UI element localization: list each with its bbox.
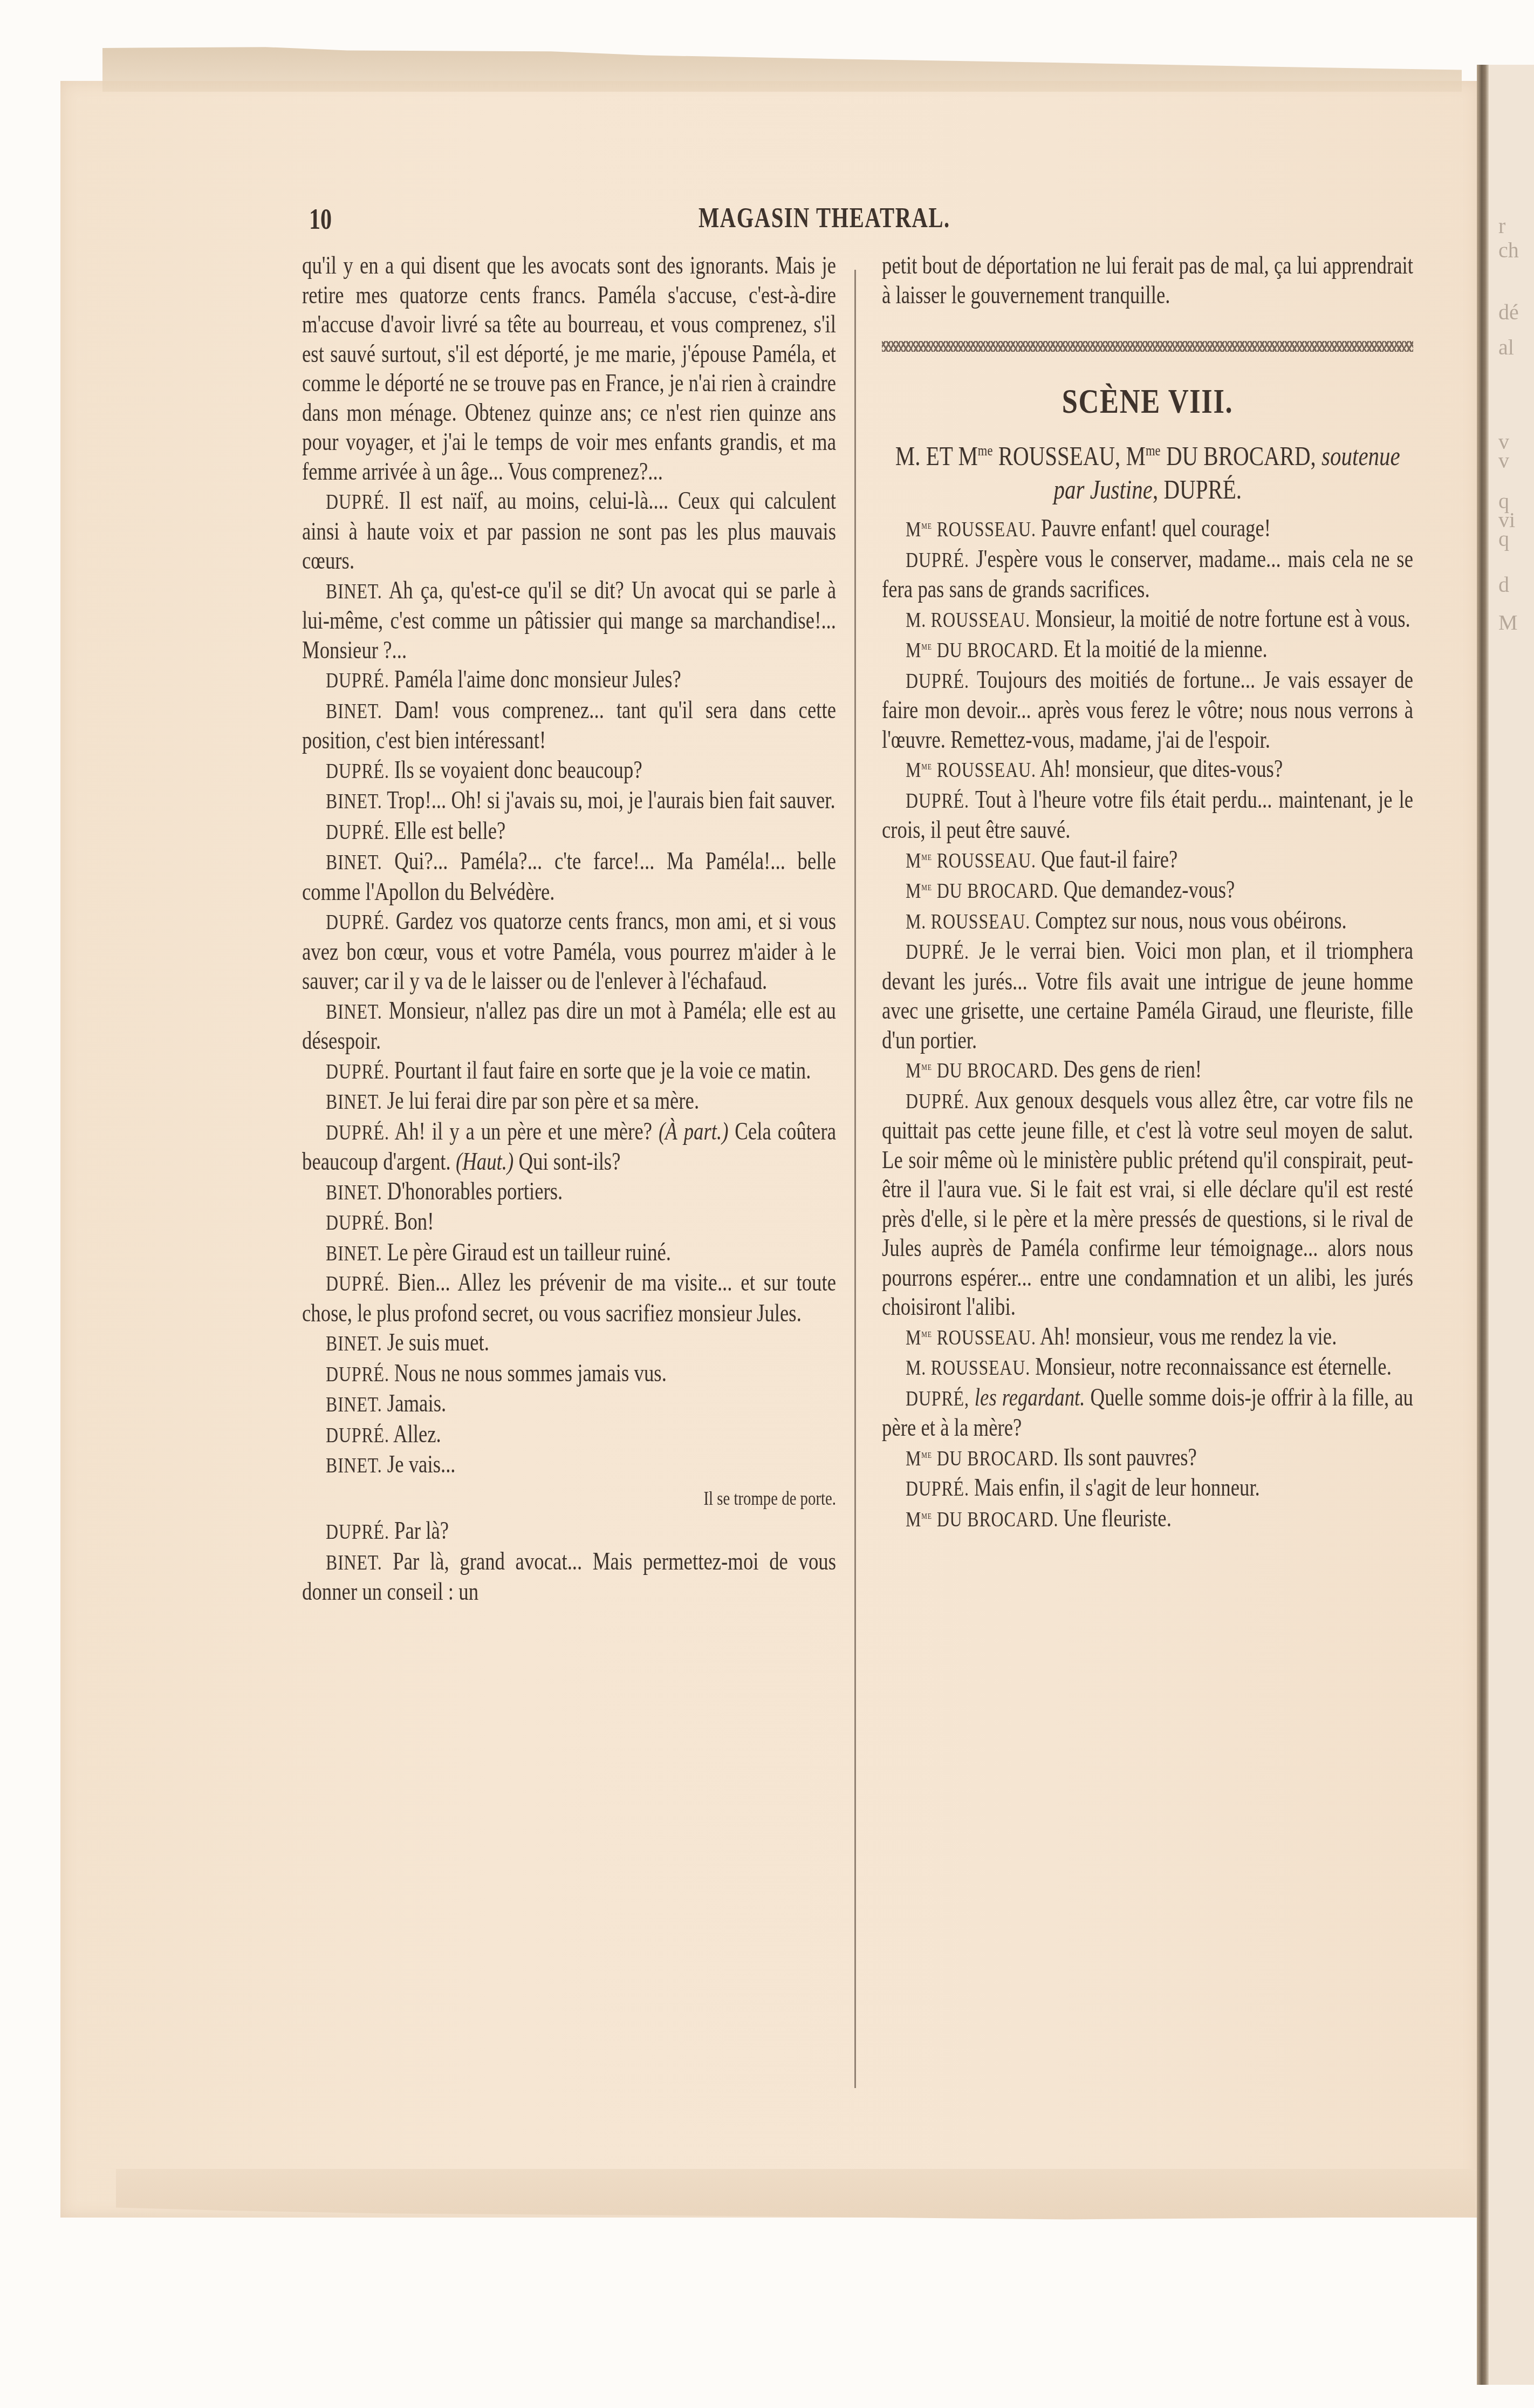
- speaker-name: BINET.: [326, 850, 382, 874]
- adjacent-page-strip: rchdéalvvqviqdM: [1489, 65, 1534, 2385]
- dialogue-line: DUPRÉ. Paméla l'aime donc monsieur Jules…: [302, 665, 836, 695]
- dialogue-line: Mme ROUSSEAU. Pauvre enfant! quel courag…: [882, 514, 1413, 544]
- continuation-paragraph: petit bout de déportation ne lui ferait …: [882, 251, 1413, 310]
- speaker-name: BINET.: [326, 579, 382, 603]
- dialogue-text: Pourtant il faut faire en sorte que je l…: [394, 1056, 811, 1084]
- dialogue-line: Mme ROUSSEAU. Ah! monsieur, que dites-vo…: [882, 754, 1413, 785]
- aside: (À part.): [659, 1117, 728, 1145]
- dialogue-text: Elle est belle?: [394, 817, 505, 844]
- speaker-name: DUPRÉ.: [906, 548, 969, 572]
- dialogue-line: BINET. Le père Giraud est un tailleur ru…: [302, 1238, 836, 1268]
- speaker-name: DUPRÉ.: [906, 668, 969, 693]
- dialogue-text: Nous ne nous sommes jamais vus.: [394, 1359, 667, 1387]
- speaker-name: BINET.: [326, 1392, 382, 1416]
- running-head: 10 MAGASIN THEATRAL.: [299, 202, 1413, 240]
- dialogue-line: BINET. Je lui ferai dire par son père et…: [302, 1086, 836, 1117]
- dialogue-line: M. ROUSSEAU. Monsieur, la moitié de notr…: [882, 604, 1413, 635]
- speaker-name: BINET.: [326, 999, 382, 1024]
- speaker-name: DUPRÉ.: [326, 1271, 389, 1295]
- speaker-name: DUPRÉ.: [326, 1362, 389, 1386]
- dialogue-line: DUPRÉ. Elle est belle?: [302, 816, 836, 847]
- speaker-name: DUPRÉ.: [326, 759, 389, 783]
- dialogue-text: Qui sont-ils?: [513, 1148, 620, 1175]
- dialogue-text: Comptez sur nous, nous vous obéirons.: [1035, 906, 1347, 934]
- dialogue-line: Mme DU BROCARD. Des gens de rien!: [882, 1055, 1413, 1086]
- speaker-name: BINET.: [326, 1331, 382, 1355]
- dialogue-text: Trop!... Oh! si j'avais su, moi, je l'au…: [387, 786, 836, 814]
- dialogue-line: DUPRÉ. Ils se voyaient donc beaucoup?: [302, 755, 836, 786]
- speaker-name: BINET.: [326, 699, 382, 723]
- cast-list: M. ET Mme ROUSSEAU, Mme DU BROCARD, sout…: [882, 439, 1413, 506]
- dialogue-text: Qui?... Paméla?... c'te farce!... Ma Pam…: [302, 847, 836, 905]
- speaker-name: Mme DU BROCARD.: [906, 1446, 1058, 1470]
- dialogue-text: Ils sont pauvres?: [1064, 1443, 1197, 1471]
- torn-bottom-edge: [116, 2169, 1475, 2228]
- dialogue-text: Monsieur, la moitié de notre fortune est…: [1035, 605, 1410, 632]
- dialogue-line: DUPRÉ. Bon!: [302, 1207, 836, 1238]
- speaker-name: Mme ROUSSEAU.: [906, 1325, 1036, 1349]
- column-rule: [854, 270, 856, 2088]
- dialogue-line: Mme DU BROCARD. Ils sont pauvres?: [882, 1443, 1413, 1474]
- speaker-name: M. ROUSSEAU.: [906, 1355, 1030, 1380]
- speaker-name: Mme ROUSSEAU.: [906, 758, 1036, 782]
- dialogue-line: DUPRÉ. Nous ne nous sommes jamais vus.: [302, 1359, 836, 1389]
- dialogue-text: Que faut-il faire?: [1041, 845, 1177, 873]
- speaker-name: Mme ROUSSEAU.: [906, 517, 1036, 541]
- dialogue-line: DUPRÉ. Je le verrai bien. Voici mon plan…: [882, 936, 1413, 1055]
- dialogue-text: Et la moitié de la mienne.: [1064, 635, 1268, 663]
- speaker-name: DUPRÉ.: [326, 1519, 389, 1544]
- dialogue-line: DUPRÉ. Pourtant il faut faire en sorte q…: [302, 1056, 836, 1087]
- dialogue-line: DUPRÉ. Mais enfin, il s'agit de leur hon…: [882, 1473, 1413, 1504]
- dialogue-line: M. ROUSSEAU. Monsieur, notre reconnaissa…: [882, 1352, 1413, 1383]
- dialogue-list: Mme ROUSSEAU. Pauvre enfant! quel courag…: [882, 514, 1413, 1534]
- dialogue-line: BINET. Ah ça, qu'est-ce qu'il se dit? Un…: [302, 576, 836, 665]
- scene-title: SCÈNE VIII.: [930, 380, 1366, 423]
- dialogue-line: DUPRÉ. J'espère vous le conserver, madam…: [882, 544, 1413, 604]
- speaker-name: DUPRÉ.: [906, 1476, 969, 1500]
- stage-note: les regardant.: [975, 1383, 1085, 1411]
- dialogue-line: DUPRÉ. Allez.: [302, 1420, 836, 1450]
- dialogue-line: DUPRÉ. Aux genoux desquels vous allez êt…: [882, 1086, 1413, 1322]
- speaker-name: DUPRÉ.: [326, 668, 389, 692]
- speaker-name: BINET.: [326, 1453, 382, 1477]
- dialogue-text: Pauvre enfant! quel courage!: [1041, 514, 1271, 542]
- dialogue-line: BINET. Dam! vous comprenez... tant qu'il…: [302, 695, 836, 755]
- dialogue-text: Ils se voyaient donc beaucoup?: [394, 756, 642, 783]
- dialogue-line: BINET. D'honorables portiers.: [302, 1177, 836, 1208]
- speaker-name: DUPRÉ.: [326, 489, 389, 514]
- dialogue-text: qu'il y en a qui disent que les avocats …: [302, 251, 836, 485]
- speaker-name: Mme DU BROCARD.: [906, 878, 1058, 903]
- dialogue-line: DUPRÉ. Gardez vos quatorze cents francs,…: [302, 906, 836, 996]
- speaker-name: M. ROUSSEAU.: [906, 909, 1030, 933]
- dialogue-line: Mme DU BROCARD. Une fleuriste.: [882, 1504, 1413, 1534]
- dialogue-text: Des gens de rien!: [1064, 1055, 1202, 1083]
- speaker-name: DUPRÉ.: [326, 1423, 389, 1447]
- speaker-name: Mme DU BROCARD.: [906, 1507, 1058, 1531]
- dialogue-line: DUPRÉ. Toujours des moitiés de fortune..…: [882, 665, 1413, 755]
- speaker-name: BINET.: [326, 1241, 382, 1265]
- speaker-name: Mme DU BROCARD.: [906, 1058, 1058, 1082]
- dialogue-text: Paméla l'aime donc monsieur Jules?: [394, 665, 681, 693]
- dialogue-text: Par là?: [394, 1517, 449, 1544]
- dialogue-text: Jamais.: [387, 1389, 446, 1417]
- dialogue-line: Mme DU BROCARD. Et la moitié de la mienn…: [882, 635, 1413, 665]
- speaker-name: DUPRÉ.: [326, 910, 389, 934]
- dialogue-text: Bon!: [394, 1208, 434, 1235]
- dialogue-line: DUPRÉ, les regardant. Quelle somme dois-…: [882, 1383, 1413, 1443]
- dialogue-line: DUPRÉ. Il est naïf, au moins, celui-là..…: [302, 486, 836, 576]
- dialogue-line: BINET. Trop!... Oh! si j'avais su, moi, …: [302, 786, 836, 816]
- right-column: petit bout de déportation ne lui ferait …: [882, 251, 1413, 1534]
- dialogue-line: Mme DU BROCARD. Que demandez-vous?: [882, 875, 1413, 906]
- dialogue-text: Dam! vous comprenez... tant qu'il sera d…: [302, 696, 836, 754]
- dialogue-text: Mais enfin, il s'agit de leur honneur.: [974, 1474, 1260, 1501]
- dialogue-line: Mme ROUSSEAU. Que faut-il faire?: [882, 845, 1413, 876]
- speaker-name: DUPRÉ.: [906, 788, 969, 813]
- adjacent-page-fragment: ch: [1498, 237, 1519, 263]
- aside: (Haut.): [456, 1148, 513, 1175]
- dialogue-text: Le père Giraud est un tailleur ruiné.: [387, 1238, 671, 1266]
- dialogue-line: BINET. Je vais...: [302, 1450, 836, 1481]
- dialogue-line: DUPRÉ. Tout à l'heure votre fils était p…: [882, 785, 1413, 845]
- dialogue-text: Je suis muet.: [387, 1328, 489, 1356]
- page-gutter-shadow: [1477, 65, 1489, 2385]
- adjacent-page-fragment: d: [1498, 572, 1509, 597]
- dialogue-line: DUPRÉ. Ah! il y a un père et une mère? (…: [302, 1117, 836, 1177]
- speaker-name: BINET.: [326, 1180, 382, 1204]
- adjacent-page-fragment: al: [1498, 335, 1514, 360]
- adjacent-page-fragment: M: [1498, 610, 1518, 635]
- dialogue-text: Aux genoux desquels vous allez être, car…: [882, 1086, 1413, 1321]
- dialogue-line: M. ROUSSEAU. Comptez sur nous, nous vous…: [882, 906, 1413, 937]
- adjacent-page-fragment: q: [1498, 526, 1509, 551]
- dialogue-text: Ah! il y a un père et une mère?: [395, 1117, 659, 1145]
- adjacent-page-fragment: r: [1498, 213, 1505, 238]
- dialogue-line: DUPRÉ. Bien... Allez les prévenir de ma …: [302, 1268, 836, 1328]
- torn-top-edge: [102, 43, 1462, 92]
- speaker-name: DUPRÉ.: [326, 820, 389, 844]
- adjacent-page-fragment: dé: [1498, 299, 1519, 325]
- adjacent-page-fragment: v: [1498, 448, 1509, 473]
- dialogue-line: BINET. Monsieur, n'allez pas dire un mot…: [302, 996, 836, 1056]
- speaker-name: Mme DU BROCARD.: [906, 638, 1058, 662]
- dialogue-text: Monsieur, notre reconnaissance est étern…: [1035, 1353, 1392, 1380]
- dialogue-text: Par là, grand avocat... Mais permettez-m…: [302, 1547, 836, 1606]
- dialogue-line: BINET. Qui?... Paméla?... c'te farce!...…: [302, 847, 836, 906]
- dialogue-text: Ah ça, qu'est-ce qu'il se dit? Un avocat…: [302, 576, 836, 664]
- speaker-name: DUPRÉ,: [906, 1386, 969, 1410]
- speaker-name: Mme ROUSSEAU.: [906, 848, 1036, 872]
- dialogue-text: Ah! monsieur, que dites-vous?: [1040, 755, 1283, 782]
- left-column: qu'il y en a qui disent que les avocats …: [302, 251, 836, 1607]
- speaker-name: DUPRÉ.: [326, 1059, 389, 1083]
- dialogue-line: BINET. Par là, grand avocat... Mais perm…: [302, 1547, 836, 1607]
- dialogue-line: DUPRÉ. Par là?: [302, 1516, 836, 1547]
- speaker-name: DUPRÉ.: [906, 1089, 969, 1113]
- dialogue-text: Ah! monsieur, vous me rendez la vie.: [1040, 1322, 1337, 1350]
- dialogue-line: qu'il y en a qui disent que les avocats …: [302, 251, 836, 486]
- speaker-name: DUPRÉ.: [326, 1120, 389, 1144]
- dialogue-line: Mme ROUSSEAU. Ah! monsieur, vous me rend…: [882, 1322, 1413, 1353]
- speaker-name: DUPRÉ.: [326, 1210, 389, 1234]
- dialogue-text: Je vais...: [387, 1450, 456, 1478]
- dialogue-line: BINET. Je suis muet.: [302, 1328, 836, 1359]
- stage-direction: Il se trompe de porte.: [302, 1484, 871, 1513]
- speaker-name: BINET.: [326, 1089, 382, 1114]
- dialogue-text: Une fleuriste.: [1064, 1504, 1172, 1532]
- dialogue-line: BINET. Jamais.: [302, 1389, 836, 1420]
- dialogue-text: Monsieur, n'allez pas dire un mot à Pamé…: [302, 997, 836, 1055]
- dialogue-text: D'honorables portiers.: [387, 1177, 563, 1205]
- wavy-divider: [882, 341, 1413, 352]
- dialogue-text: Allez.: [393, 1420, 441, 1448]
- journal-title: MAGASIN THEATRAL.: [698, 202, 950, 234]
- dialogue-text: Je lui ferai dire par son père et sa mèr…: [387, 1087, 699, 1114]
- dialogue-text: Que demandez-vous?: [1064, 876, 1235, 903]
- speaker-name: M. ROUSSEAU.: [906, 608, 1030, 632]
- speaker-name: BINET.: [326, 789, 382, 813]
- speaker-name: BINET.: [326, 1550, 382, 1574]
- page-number: 10: [309, 202, 332, 236]
- speaker-name: DUPRÉ.: [906, 939, 969, 964]
